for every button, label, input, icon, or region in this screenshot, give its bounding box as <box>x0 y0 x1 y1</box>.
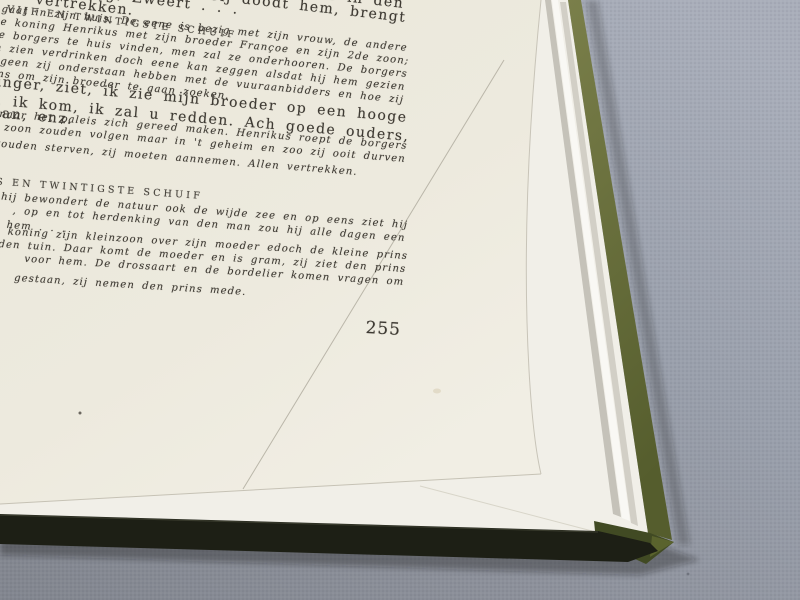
dust-speck-on-page <box>79 412 82 415</box>
faint-stain <box>433 389 441 394</box>
photo-of-open-book: hem mede; eens in den aan met u. Gij doo… <box>0 0 800 600</box>
page-number: 255 <box>365 320 401 339</box>
dust-speck-on-cloth <box>687 573 690 576</box>
